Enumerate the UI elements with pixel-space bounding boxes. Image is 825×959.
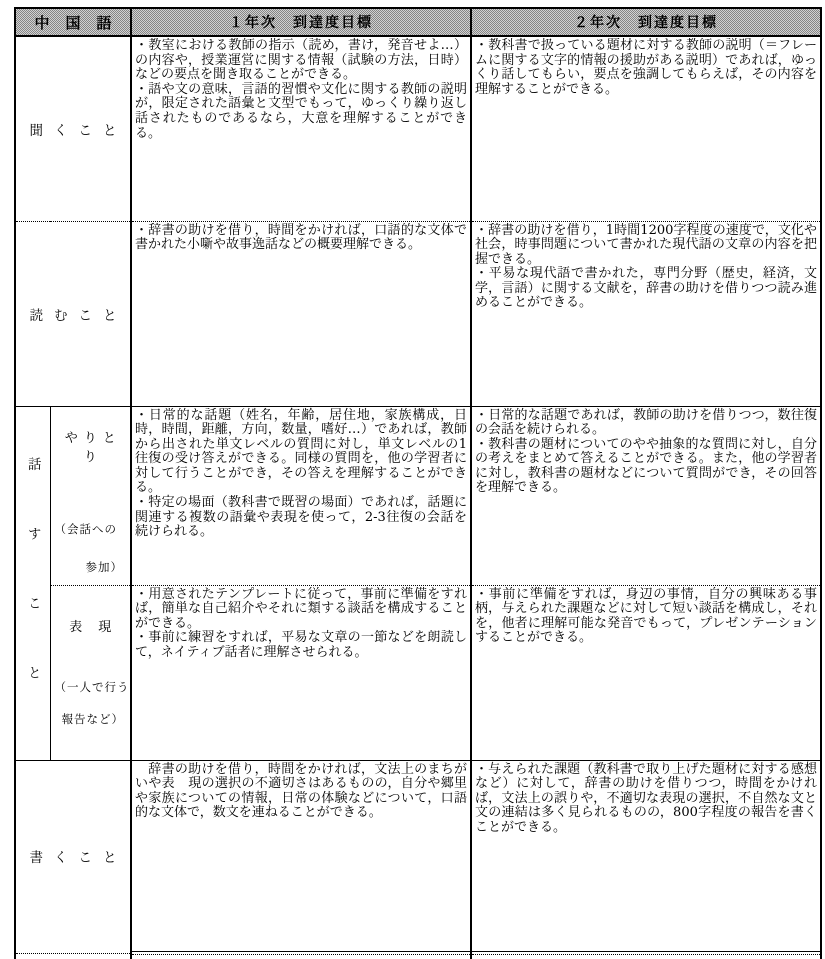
year1-goals-header: １年次 到達度目標 bbox=[131, 8, 471, 36]
reading-year2-goal-text: ・辞書の助けを借り，1時間1200字程度の速度で，文化や社会，時事問題について書… bbox=[471, 221, 821, 406]
interaction-year2-goal-text: ・日常的な話題であれば，教師の助けを借りつつ，数往復の会話を続けられる。 ・教科… bbox=[471, 406, 821, 585]
scanned-document-body: { "doc": { "header": { "subject": "中国語",… bbox=[0, 0, 825, 959]
document-page: 中国語 １年次 到達度目標 ２年次 到達度目標 聞くこと ・教室における教師の指… bbox=[0, 0, 825, 959]
speaking-production-row: 表現 （一人で行う 報告など） ・用意されたテンプレートに従って，事前に準備をす… bbox=[15, 585, 821, 760]
attainment-goals-table: 中国語 １年次 到達度目標 ２年次 到達度目標 聞くこと ・教室における教師の指… bbox=[14, 7, 822, 959]
skill-label-writing: 書くこと bbox=[15, 760, 131, 951]
speaking-vertical-label: 話すこと bbox=[23, 407, 43, 735]
production-year1-goal-text: ・用意されたテンプレートに従って，事前に準備をすれば，簡単な自己紹介やそれに類す… bbox=[131, 585, 471, 760]
interaction-note-line2: 参加） bbox=[51, 559, 131, 575]
listening-year2-goal-text: ・教科書で扱っている題材に対する教師の説明（＝フレームに関する文字的情報の援助が… bbox=[471, 36, 821, 221]
writing-row: 書くこと 辞書の助けを借り，時間をかければ，文法上のまちがいや表 現の選択の不適… bbox=[15, 760, 821, 951]
cutoff-year2-cell bbox=[471, 951, 821, 959]
skill-label-reading: 読むこと bbox=[15, 221, 131, 406]
year2-goals-header: ２年次 到達度目標 bbox=[471, 8, 821, 36]
production-year2-goal-text: ・事前に準備をすれば，身辺の事情，自分の興味ある事柄，与えられた課題などに対して… bbox=[471, 585, 821, 760]
reading-row: 読むこと ・辞書の助けを借り，時間をかければ，口語的な文体で書かれた小噺や故事逸… bbox=[15, 221, 821, 406]
speaking-interaction-row: 話すこと やりとり （会話への 参加） ・日常的な話題（姓名，年齢，居住地，家族… bbox=[15, 406, 821, 585]
skill-label-listening: 聞くこと bbox=[15, 36, 131, 221]
production-title: 表現 bbox=[51, 616, 131, 635]
writing-year2-goal-text: ・与えられた課題（教科書で取り上げた題材に対する感想など）に対して，辞書の助けを… bbox=[471, 760, 821, 951]
interaction-year1-goal-text: ・日常的な話題（姓名，年齢，居住地，家族構成，日時，時間，距離，方向，数量，嗜好… bbox=[131, 406, 471, 585]
production-note-line1: （一人で行う bbox=[51, 679, 131, 695]
cutoff-row bbox=[15, 951, 821, 959]
cutoff-dotted-rule bbox=[132, 954, 470, 955]
skill-label-speaking: 話すこと bbox=[15, 406, 50, 760]
listening-year1-goal-text: ・教室における教師の指示（読め，書け，発音せよ…）の内容や，授業運営に関する情報… bbox=[131, 36, 471, 221]
sublabel-production: 表現 （一人で行う 報告など） bbox=[50, 585, 131, 760]
production-note-line2: 報告など） bbox=[51, 711, 131, 727]
cutoff-year1-cell bbox=[131, 951, 471, 959]
header-row: 中国語 １年次 到達度目標 ２年次 到達度目標 bbox=[15, 8, 821, 36]
writing-year1-goal-text: 辞書の助けを借り，時間をかければ，文法上のまちがいや表 現の選択の不適切さはある… bbox=[131, 760, 471, 951]
cutoff-label-cell bbox=[15, 951, 131, 959]
cutoff-dotted-rule bbox=[472, 954, 820, 955]
cutoff-dotted-rule bbox=[16, 953, 130, 954]
interaction-note-line1: （会話への bbox=[51, 521, 131, 537]
listening-row: 聞くこと ・教室における教師の指示（読め，書け，発音せよ…）の内容や，授業運営に… bbox=[15, 36, 821, 221]
reading-year1-goal-text: ・辞書の助けを借り，時間をかければ，口語的な文体で書かれた小噺や故事逸話などの概… bbox=[131, 221, 471, 406]
interaction-title: やりとり bbox=[51, 427, 131, 465]
subject-header: 中国語 bbox=[15, 8, 131, 36]
sublabel-interaction: やりとり （会話への 参加） bbox=[50, 406, 131, 585]
